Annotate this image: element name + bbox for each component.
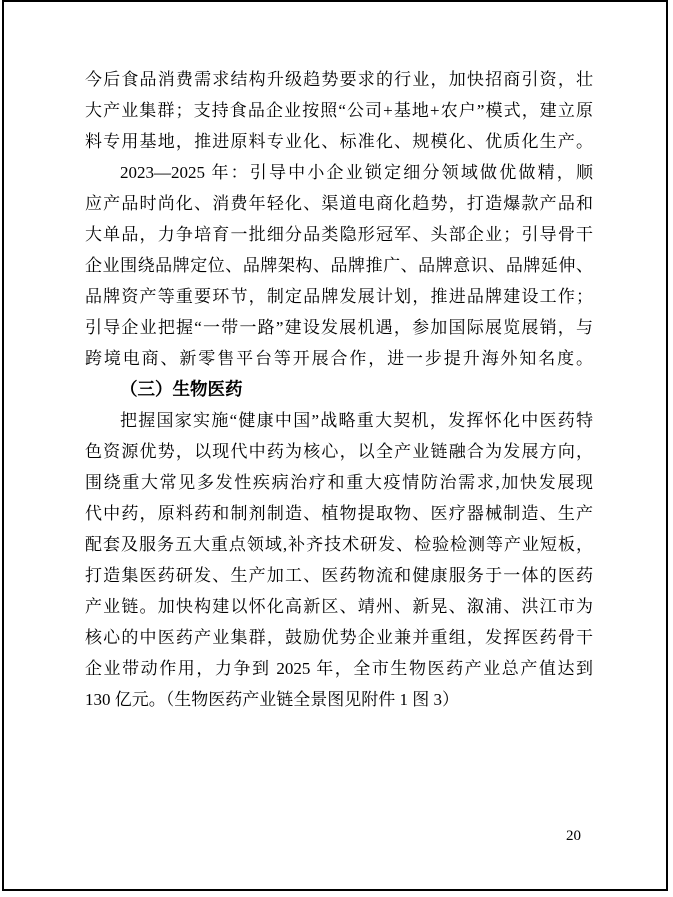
text-line: 打造集医药研发、生产加工、医药物流和健康服务于一体的医药 [85,560,593,591]
text-line: 配套及服务五大重点领域,补齐技术研发、检验检测等产业短板， [85,529,593,560]
page-number: 20 [566,827,581,845]
text-line: 料专用基地，推进原料专业化、标准化、规模化、优质化生产。 [85,126,593,157]
text-line: 应产品时尚化、消费年轻化、渠道电商化趋势，打造爆款产品和 [85,188,593,219]
text-line: 企业围绕品牌定位、品牌架构、品牌推广、品牌意识、品牌延伸、 [85,250,593,281]
text-line: 代中药，原料药和制剂制造、植物提取物、医疗器械制造、生产 [85,498,593,529]
text-line: 企业带动作用，力争到 2025 年，全市生物医药产业总产值达到 [85,653,593,684]
text-line: 把握国家实施“健康中国”战略重大契机，发挥怀化中医药特 [85,405,593,436]
text-line: 大产业集群；支持食品企业按照“公司+基地+农户”模式，建立原 [85,95,593,126]
section-heading-biomedicine: （三）生物医药 [85,374,593,405]
text-line: 大单品，力争培育一批细分品类隐形冠军、头部企业；引导骨干 [85,219,593,250]
text-line: 今后食品消费需求结构升级趋势要求的行业，加快招商引资，壮 [85,64,593,95]
text-line: 围绕重大常见多发性疾病治疗和重大疫情防治需求,加快发展现 [85,467,593,498]
text-line: 2023—2025 年：引导中小企业锁定细分领域做优做精，顺 [85,157,593,188]
text-line: 引导企业把握“一带一路”建设发展机遇，参加国际展览展销，与 [85,312,593,343]
text-line: 品牌资产等重要环节，制定品牌发展计划，推进品牌建设工作； [85,281,593,312]
document-text: 今后食品消费需求结构升级趋势要求的行业，加快招商引资，壮 大产业集群；支持食品企… [85,64,593,715]
text-line: 130 亿元。（生物医药产业链全景图见附件 1 图 3） [85,684,593,715]
text-line: 产业链。加快构建以怀化高新区、靖州、新晃、溆浦、洪江市为 [85,591,593,622]
text-line: 跨境电商、新零售平台等开展合作，进一步提升海外知名度。 [85,343,593,374]
text-line: 色资源优势，以现代中药为核心，以全产业链融合为发展方向， [85,436,593,467]
text-line: 核心的中医药产业集群，鼓励优势企业兼并重组，发挥医药骨干 [85,622,593,653]
